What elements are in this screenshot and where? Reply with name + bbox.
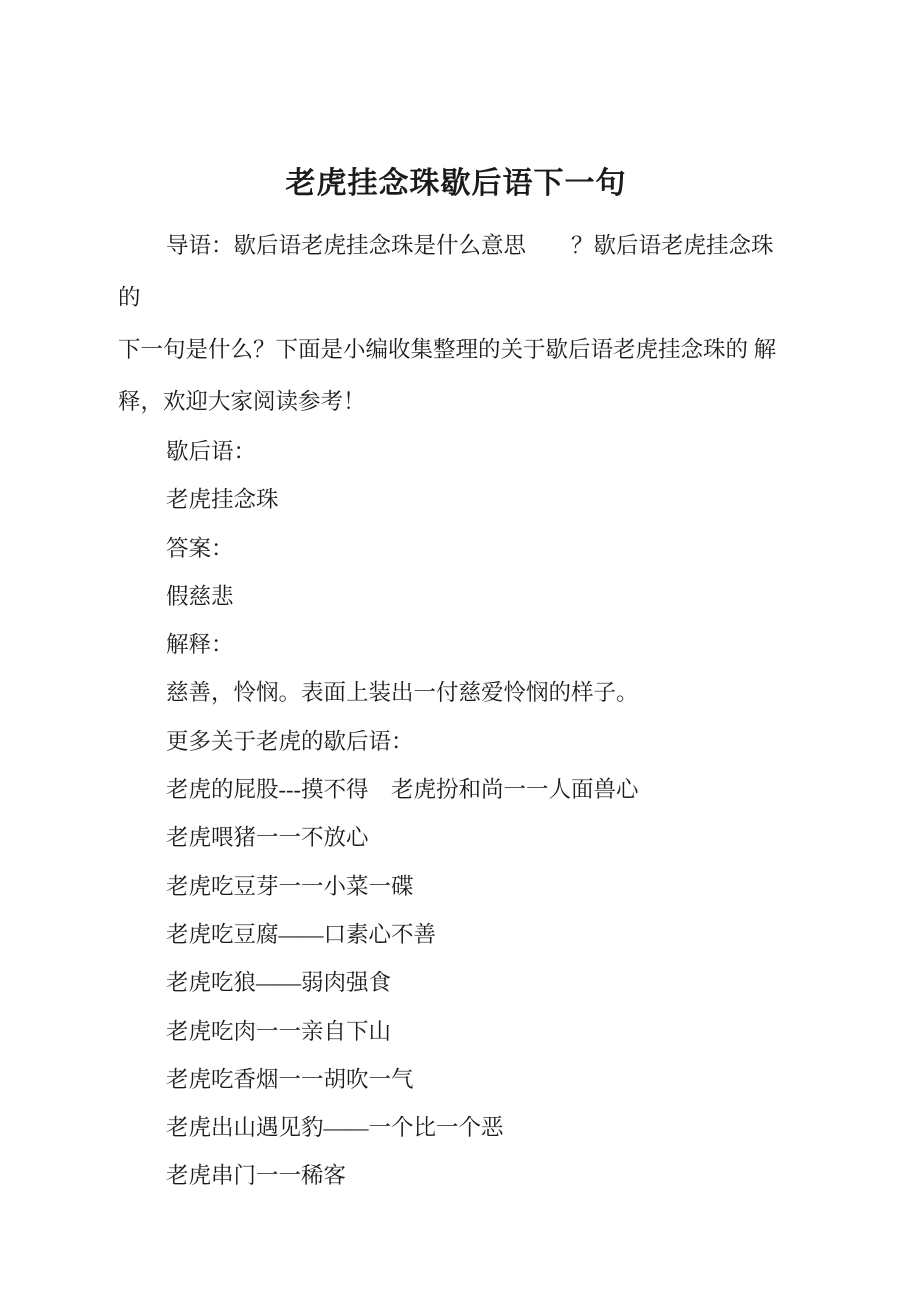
document-page: 老虎挂念珠歇后语下一句 导语：歇后语老虎挂念珠是什么意思 ？歇后语老虎挂念珠的 … (0, 0, 920, 1303)
xiehouyu-item: 老虎出山遇见豹——一个比一个恶 (118, 1104, 794, 1152)
label-explanation: 解释： (118, 621, 794, 669)
xiehouyu-item: 老虎吃肉一一亲自下山 (118, 1008, 794, 1056)
xiehouyu-item: 老虎吃狼——弱肉强食 (118, 959, 794, 1007)
answer-text: 假慈悲 (118, 573, 794, 621)
document-content: 老虎挂念珠歇后语下一句 导语：歇后语老虎挂念珠是什么意思 ？歇后语老虎挂念珠的 … (118, 0, 794, 1201)
xiehouyu-item: 老虎吃豆芽一一小菜一碟 (118, 863, 794, 911)
intro-line-3: 释，欢迎大家阅读参考！ (118, 376, 794, 428)
xiehouyu-item: 老虎喂猪一一不放心 (118, 814, 794, 862)
intro-line-2: 下一句是什么？下面是小编收集整理的关于歇后语老虎挂念珠的 解 (118, 324, 794, 376)
label-xiehouyu: 歇后语： (118, 428, 794, 476)
more-xiehouyu-heading: 更多关于老虎的歇后语： (118, 718, 794, 766)
xiehouyu-item: 老虎吃豆腐——口素心不善 (118, 911, 794, 959)
label-answer: 答案： (118, 525, 794, 573)
xiehouyu-item: 老虎串门一一稀客 (118, 1152, 794, 1200)
xiehouyu-phrase: 老虎挂念珠 (118, 476, 794, 524)
explanation-text: 慈善，怜悯。表面上装出一付慈爱怜悯的样子。 (118, 669, 794, 717)
xiehouyu-item: 老虎的屁股---摸不得 老虎扮和尚一一人面兽心 (118, 766, 794, 814)
intro-line-1: 导语：歇后语老虎挂念珠是什么意思 ？歇后语老虎挂念珠的 (118, 220, 794, 324)
xiehouyu-item: 老虎吃香烟一一胡吹一气 (118, 1056, 794, 1104)
document-title: 老虎挂念珠歇后语下一句 (118, 0, 794, 206)
intro-paragraph: 导语：歇后语老虎挂念珠是什么意思 ？歇后语老虎挂念珠的 下一句是什么？下面是小编… (118, 220, 794, 428)
